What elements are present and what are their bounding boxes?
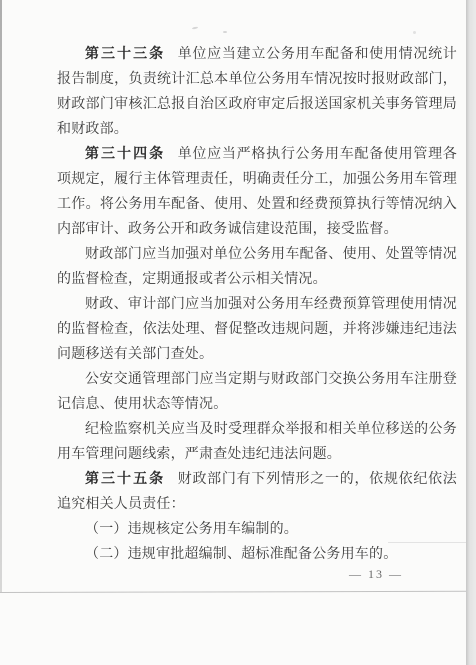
paragraph-text: 公安交通管理部门应当定期与财政部门交换公务用车注册登记信息、使用状态等情况。	[57, 372, 457, 412]
paragraph-text: 财政、审计部门应当加强对公务用车经费预算管理使用情况的监督检查，依法处理、督促整…	[57, 297, 457, 362]
paragraph: 公安交通管理部门应当定期与财政部门交换公务用车注册登记信息、使用状态等情况。	[57, 367, 457, 417]
scan-right-edge-band	[466, 0, 476, 665]
article-number-heading: 第三十三条	[85, 47, 165, 62]
article-number-heading: 第三十五条	[85, 472, 165, 487]
paragraph: 纪检监察机关应当及时受理群众举报和相关单位移送的公务用车管理问题线索，严肃查处违…	[57, 417, 457, 467]
paragraph: 第三十五条财政部门有下列情形之一的，依规依纪依法追究相关人员责任：	[57, 467, 457, 517]
paragraph: （一）违规核定公务用车编制的。	[57, 517, 457, 542]
page-bottom-edge	[0, 591, 466, 593]
paragraph-text: （一）违规核定公务用车编制的。	[85, 522, 298, 537]
article-number-heading: 第三十四条	[85, 147, 165, 162]
document-body-text: 第三十三条单位应当建立公务用车配备和使用情况统计报告制度，负责统计汇总本单位公务…	[57, 42, 457, 567]
scan-speck	[223, 31, 227, 33]
paragraph-text: （二）违规审批超编制、超标准配备公务用车的。	[85, 547, 397, 562]
page-number: — 13 —	[340, 567, 412, 582]
paragraph: 财政、审计部门应当加强对公务用车经费预算管理使用情况的监督检查，依法处理、督促整…	[57, 292, 457, 367]
paragraph: （二）违规审批超编制、超标准配备公务用车的。	[57, 542, 457, 567]
paragraph-text: 财政部门应当加强对单位公务用车配备、使用、处置等情况的监督检查，定期通报或者公示…	[57, 247, 457, 287]
scanned-document-page: 第三十三条单位应当建立公务用车配备和使用情况统计报告制度，负责统计汇总本单位公务…	[0, 0, 476, 665]
paragraph: 财政部门应当加强对单位公务用车配备、使用、处置等情况的监督检查，定期通报或者公示…	[57, 242, 457, 292]
scan-speck	[192, 26, 198, 29]
paragraph: 第三十四条单位应当严格执行公务用车配备使用管理各项规定，履行主体管理责任，明确责…	[57, 142, 457, 242]
paragraph-text: 纪检监察机关应当及时受理群众举报和相关单位移送的公务用车管理问题线索，严肃查处违…	[57, 422, 457, 462]
scan-speck	[413, 31, 416, 34]
paragraph: 第三十三条单位应当建立公务用车配备和使用情况统计报告制度，负责统计汇总本单位公务…	[57, 42, 457, 142]
scan-left-edge	[0, 0, 2, 593]
